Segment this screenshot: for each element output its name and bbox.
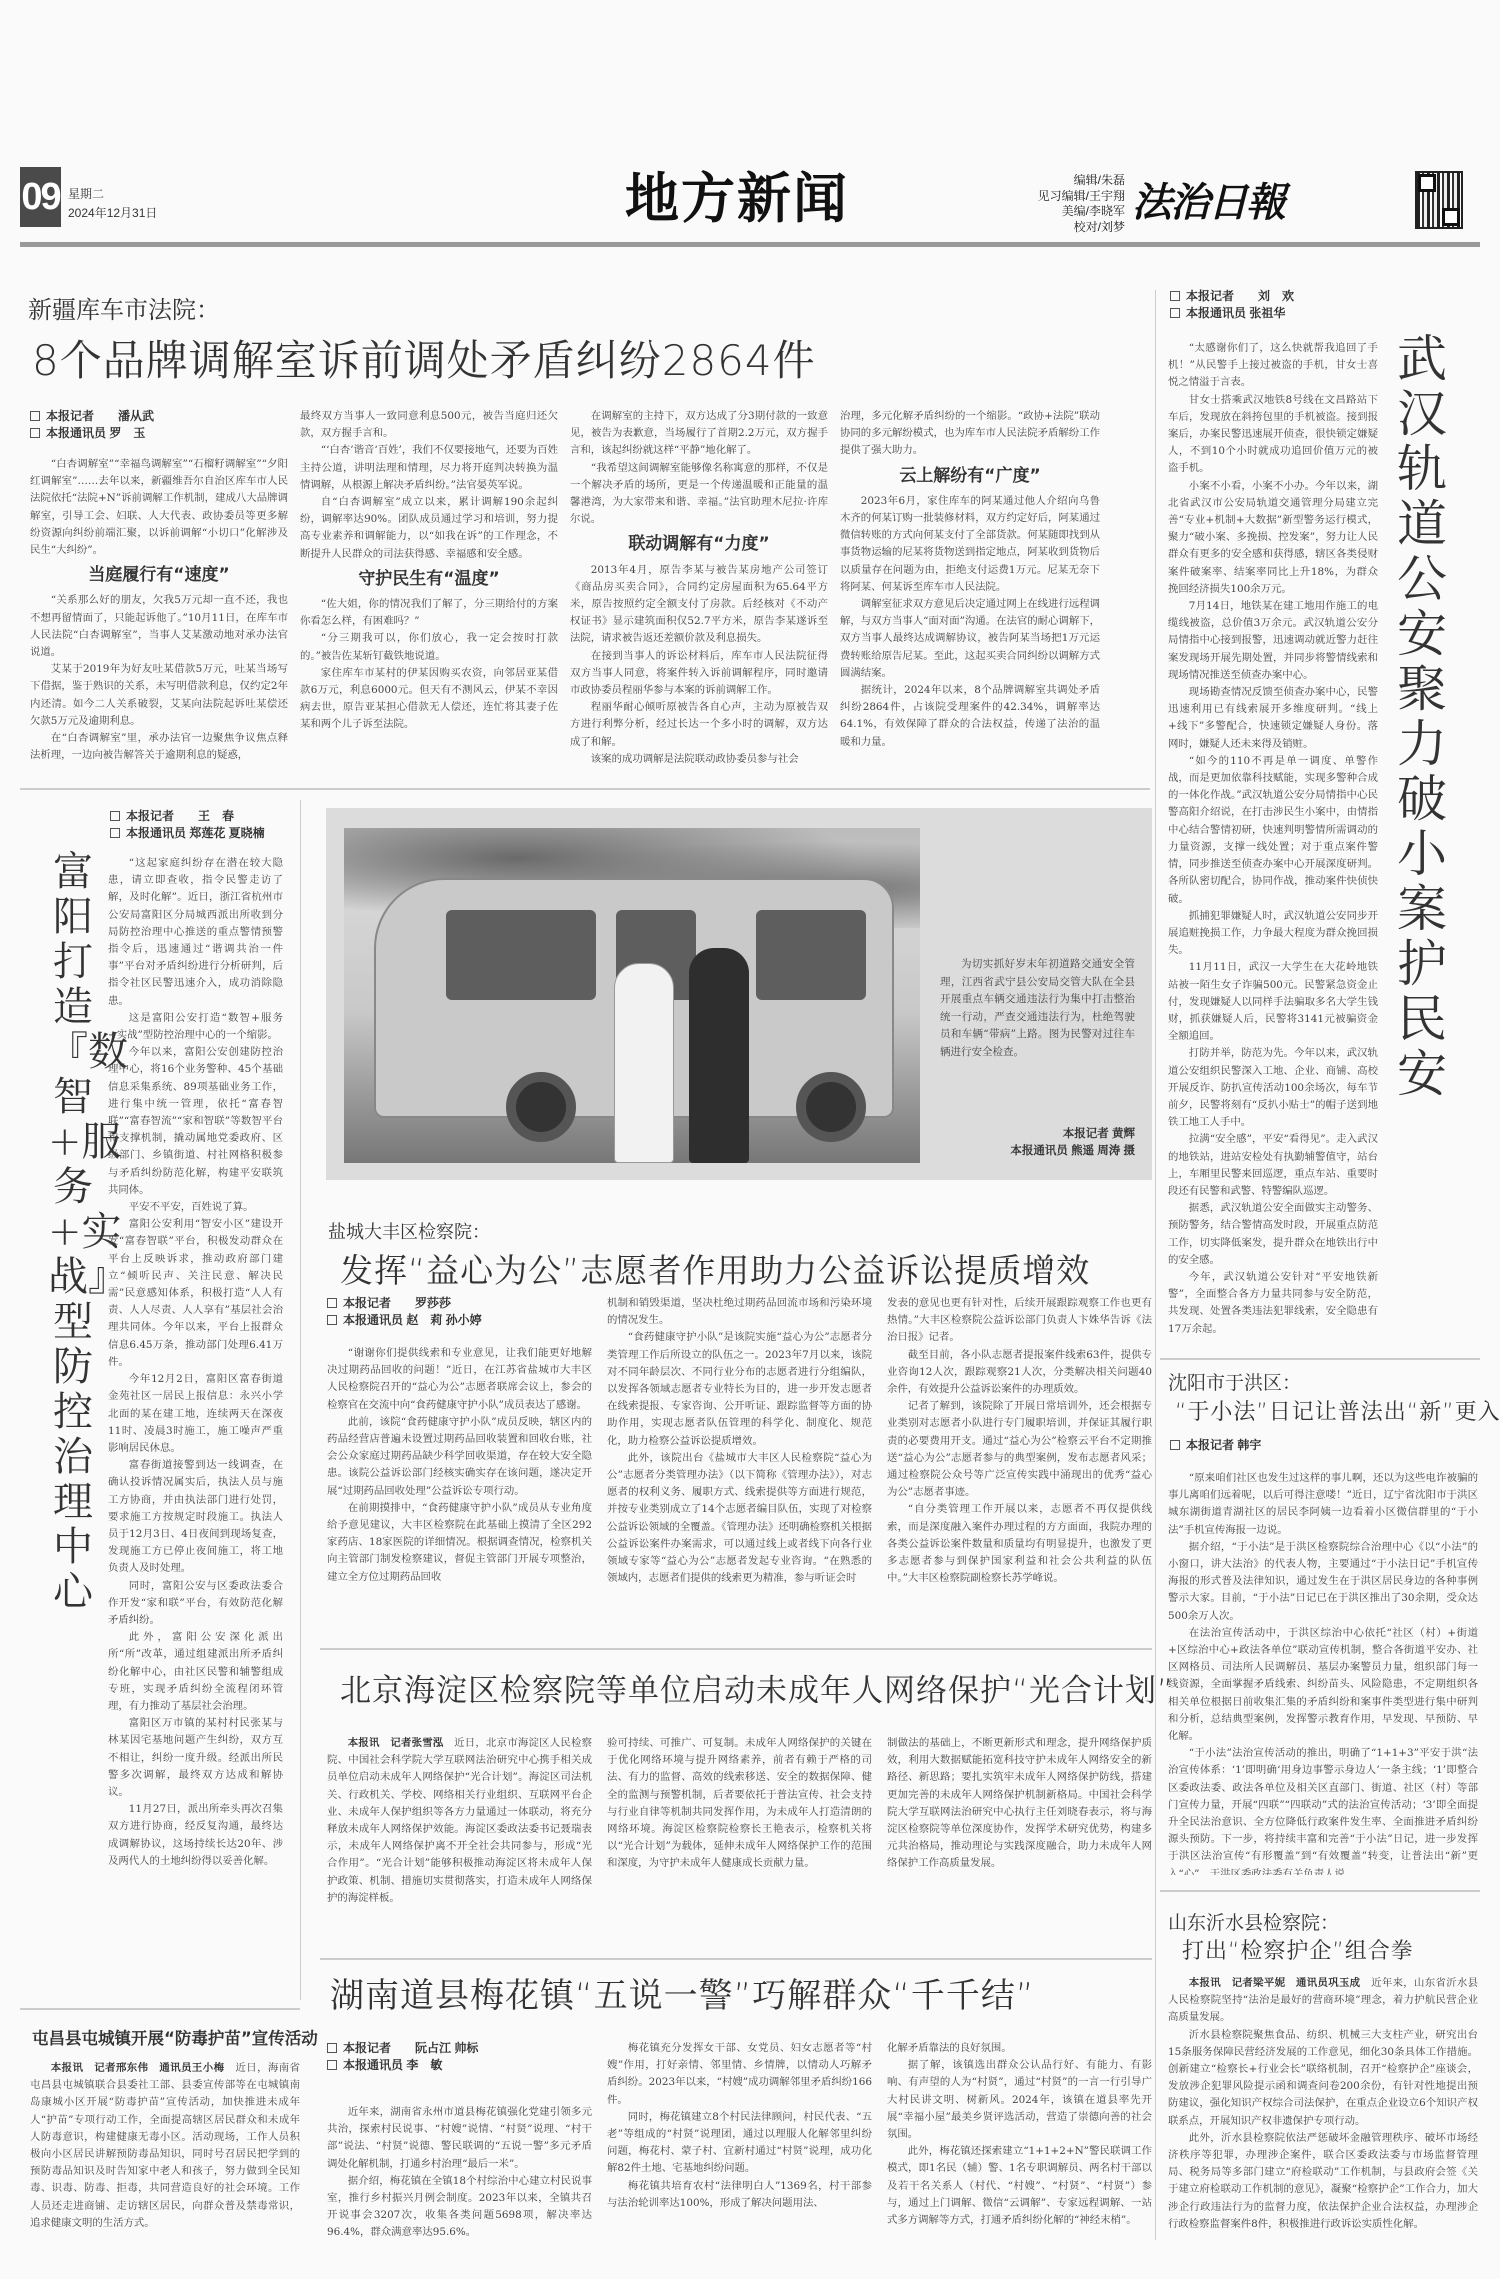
section-divider (20, 788, 1150, 790)
article-body: 化解矛盾靠法的良好氛围。 据了解，该镇选出群众公认品行好、有能力、有影响、有声望… (887, 2040, 1152, 2229)
bus-wheel (796, 1072, 866, 1142)
article-body: “白杏调解室”“幸福鸟调解室”“石榴籽调解室”“夕阳红调解室”……去年以来，新疆… (30, 456, 288, 764)
article-yancheng: 本报记者 罗莎莎 本报通讯员 赵 莉 孙小婷 “谢谢你们提供线索和专业意见，让我… (327, 1295, 1152, 1635)
subheading: 联动调解有“力度” (570, 536, 828, 553)
checkbox-icon (327, 2043, 337, 2053)
bus-window (446, 910, 596, 1000)
byline: 本报记者 罗莎莎 本报通讯员 赵 莉 孙小婷 (327, 1295, 592, 1329)
article-column: 在调解室的主持下，双方达成了分3期付款的一致意见，被告为表歉意，当场履行了首期2… (570, 408, 828, 780)
officer-figure (614, 963, 674, 1163)
section-divider (1160, 1358, 1480, 1360)
photo-credit: 本报记者 黄辉 本报通讯员 熊遥 周涛 摄 (940, 1126, 1135, 1160)
article-column: 化解矛盾靠法的良好氛围。 据了解，该镇选出群众公认品行好、有能力、有影响、有声望… (887, 2040, 1152, 2270)
article-headline[interactable]: 湖南道县梅花镇“五说一警”巧解群众“千千结” (330, 1968, 1034, 2017)
byline: 本报记者 潘从武 本报通讯员 罗 玉 (30, 408, 288, 442)
editor-credits: 编辑/朱磊 见习编辑/王宇翔 美编/李晓军 校对/刘梦 (1025, 173, 1125, 235)
subheading: 守护民生有“温度” (300, 571, 558, 588)
article-kicker: 盐城大丰区检察院： (328, 1218, 490, 1244)
article-column: 机制和销毁渠道，坚决杜绝过期药品回流市场和污染环境的情况发生。 “食药健康守护小… (607, 1295, 872, 1635)
article-column: 本报记者 潘从武 本报通讯员 罗 玉 “白杏调解室”“幸福鸟调解室”“石榴籽调解… (30, 408, 288, 780)
subheading: 当庭履行有“速度” (30, 567, 288, 584)
bus-window (756, 910, 866, 1000)
article-kicker: 山东沂水县检察院： (1168, 1908, 1339, 1935)
article-body-fuyang: “这起家庭纠纷存在潜在较大隐患，请立即查收，指令民警走访了解，及时化解”。近日，… (108, 855, 283, 1995)
checkbox-icon (30, 411, 40, 421)
article-body: 制做法的基础上，不断更新形式和理念，提升网络保护质效，利用大数据赋能拓宽科技守护… (887, 1735, 1152, 1873)
photo-feature: 为切实抓好岁末年初道路交通安全管理，江西省武宁县公安局交管大队在全县开展重点车辆… (326, 808, 1152, 1180)
article-column: 发表的意见也更有针对性，后续开展跟踪观察工作也更有热情。”大丰区检察院公益诉讼部… (887, 1295, 1152, 1635)
subheading: 云上解纷有“广度” (840, 468, 1100, 485)
article-body: 近年来，湖南省永州市道县梅花镇强化党建引领多元共治，探索村民说事、“村嫂”说情、… (327, 2104, 592, 2242)
article-column: 治理，多元化解矛盾纠纷的一个缩影。“政协+法院”联动协同的多元解纷模式，也为库车… (840, 408, 1100, 780)
article-body: 在调解室的主持下，双方达成了分3期付款的一致意见，被告为表歉意，当场履行了首期2… (570, 408, 828, 768)
article-haidian: 本报讯 记者张雪泓 近日，北京市海淀区人民检察院、中国社会科学院大学互联网法治研… (327, 1735, 1152, 1960)
article-headline[interactable]: 打出“检察护企”组合拳 (1182, 1934, 1414, 1965)
qr-code-icon[interactable] (1415, 171, 1463, 229)
lead-label: 本报讯 (51, 2063, 84, 2074)
article-kuche: 本报记者 潘从武 本报通讯员 罗 玉 “白杏调解室”“幸福鸟调解室”“石榴籽调解… (30, 408, 1140, 780)
article-column: 梅花镇充分发挥女干部、女党员、妇女志愿者等“村嫂”作用，打好亲情、邻里情、乡情牌… (607, 2040, 872, 2270)
article-body-wuhan: “太感谢你们了，这么快就帮我追回了手机！”从民警手上接过被盗的手机，甘女士喜悦之… (1168, 340, 1378, 1350)
photo-caption: 为切实抓好岁末年初道路交通安全管理，江西省武宁县公安局交管大队在全县开展重点车辆… (940, 956, 1135, 1061)
section-divider (1160, 1890, 1480, 1892)
article-column: 验可持续、可推广、可复制。未成年人网络保护的关键在于优化网络环境与提升网络素养，… (607, 1735, 872, 1960)
newspaper-logo: 法治日報 (1132, 173, 1284, 233)
column-divider (300, 800, 301, 2000)
article-headline-vertical[interactable]: 富阳打造『数智+服务+实战』型防控治理中心 (48, 850, 98, 1615)
section-title: 地方新闻 (625, 165, 849, 233)
checkbox-icon (327, 1315, 337, 1325)
article-hunan: 本报记者 阮占江 帅标 本报通讯员 李 敏 近年来，湖南省永州市道县梅花镇强化党… (327, 2040, 1152, 2270)
lead-label: 本报讯 (1189, 1978, 1221, 1989)
article-headline[interactable]: “于小法”日记让普法出“新”更入“心” (1175, 1395, 1500, 1426)
date-block: 星期二 2024年12月31日 (68, 185, 157, 223)
byline: 本报记者 王 春 本报通讯员 郑莲花 夏晓楠 (110, 808, 265, 842)
checkbox-icon (1170, 291, 1180, 301)
editor-credit: 见习编辑/王宇翔 (1025, 189, 1125, 205)
article-headline-vertical[interactable]: 武汉轨道公安聚力破小案护民安 (1392, 332, 1452, 1102)
checkbox-icon (1170, 308, 1180, 318)
article-body-yishui: 本报讯 记者梁平妮 通讯员巩玉成 近年来，山东省沂水县人民检察院坚持“法治是最好… (1168, 1975, 1478, 2270)
article-body-tunchang: 本报讯 记者邢东伟 通讯员王小梅 近日，海南省屯昌县屯城镇联合县委社工部、县委宣… (30, 2060, 300, 2270)
masthead-rule (20, 242, 1480, 247)
editor-credit: 校对/刘梦 (1025, 220, 1125, 236)
article-headline[interactable]: 发挥“益心为公”志愿者作用助力公益诉讼提质增效 (340, 1245, 1090, 1292)
editor-credit: 编辑/朱磊 (1025, 173, 1125, 189)
weekday: 星期二 (68, 185, 157, 204)
article-column: 本报讯 记者张雪泓 近日，北京市海淀区人民检察院、中国社会科学院大学互联网法治研… (327, 1735, 592, 1960)
article-headline[interactable]: 北京海淀区检察院等单位启动未成年人网络保护“光合计划” (340, 1665, 1174, 1710)
article-column: 最终双方当事人一致同意利息500元，被告当庭归还欠款，双方握手言和。 “‘白杏’… (300, 408, 558, 780)
article-headline[interactable]: 8个品牌调解室诉前调处矛盾纠纷2864件 (32, 328, 816, 388)
byline: 本报记者 阮占江 帅标 本报通讯员 李 敏 (327, 2040, 592, 2074)
checkbox-icon (30, 428, 40, 438)
lead-reporter: 记者梁平妮 通讯员巩玉成 (1232, 1978, 1361, 1989)
article-body-shenyang: “原来咱们社区也发生过这样的事儿啊，还以为这些电诈被骗的事儿离咱们远着呢，以后可… (1168, 1470, 1478, 1875)
article-body: 治理，多元化解矛盾纠纷的一个缩影。“政协+法院”联动协同的多元解纷模式，也为库车… (840, 408, 1100, 751)
traffic-police-bus-photo[interactable] (344, 828, 920, 1163)
article-body: 梅花镇充分发挥女干部、女党员、妇女志愿者等“村嫂”作用，打好亲情、邻里情、乡情牌… (607, 2040, 872, 2212)
column-divider (1155, 290, 1156, 2240)
lead-label: 本报讯 (348, 1738, 380, 1749)
article-body: 最终双方当事人一致同意利息500元，被告当庭归还欠款，双方握手言和。 “‘白杏’… (300, 408, 558, 734)
section-divider (320, 1958, 1152, 1960)
article-body: 发表的意见也更有针对性，后续开展跟踪观察工作也更有热情。”大丰区检察院公益诉讼部… (887, 1295, 1152, 1587)
page-number: 09 (20, 167, 61, 227)
officer-figure (689, 948, 749, 1163)
article-column: 本报记者 罗莎莎 本报通讯员 赵 莉 孙小婷 “谢谢你们提供线索和专业意见，让我… (327, 1295, 592, 1635)
article-body: 本报讯 记者张雪泓 近日，北京市海淀区人民检察院、中国社会科学院大学互联网法治研… (327, 1735, 592, 1907)
section-divider (20, 2008, 300, 2010)
checkbox-icon (327, 2060, 337, 2070)
byline: 本报记者 刘 欢 本报通讯员 张祖华 (1170, 288, 1294, 322)
masthead: 09 星期二 2024年12月31日 地方新闻 编辑/朱磊 见习编辑/王宇翔 美… (20, 165, 1480, 240)
section-divider (320, 1648, 1152, 1650)
bus-wheel (506, 1072, 576, 1142)
article-body: 机制和销毁渠道，坚决杜绝过期药品回流市场和污染环境的情况发生。 “食药健康守护小… (607, 1295, 872, 1587)
lead-reporter: 记者张雪泓 (390, 1738, 443, 1749)
checkbox-icon (1170, 1440, 1180, 1450)
article-kicker: 新疆库车市法院： (28, 290, 220, 325)
article-column: 制做法的基础上，不断更新形式和理念，提升网络保护质效，利用大数据赋能拓宽科技守护… (887, 1735, 1152, 1960)
article-body: 验可持续、可推广、可复制。未成年人网络保护的关键在于优化网络环境与提升网络素养，… (607, 1735, 872, 1873)
lead-reporter: 记者邢东伟 通讯员王小梅 (94, 2063, 224, 2074)
issue-date: 2024年12月31日 (68, 204, 157, 223)
checkbox-icon (327, 1298, 337, 1308)
article-headline[interactable]: 屯昌县屯城镇开展“防毒护苗”宣传活动 (32, 2025, 318, 2049)
editor-credit: 美编/李晓军 (1025, 204, 1125, 220)
byline: 本报记者 韩宇 (1170, 1437, 1261, 1454)
checkbox-icon (110, 811, 120, 821)
checkbox-icon (110, 828, 120, 838)
newspaper-page: 09 星期二 2024年12月31日 地方新闻 编辑/朱磊 见习编辑/王宇翔 美… (0, 0, 1500, 2279)
article-column: 本报记者 阮占江 帅标 本报通讯员 李 敏 近年来，湖南省永州市道县梅花镇强化党… (327, 2040, 592, 2270)
article-kicker: 沈阳市于洪区： (1168, 1368, 1301, 1395)
article-body: “谢谢你们提供线索和专业意见，让我们能更好地解决过期药品回收的问题！”近日，在江… (327, 1345, 592, 1586)
